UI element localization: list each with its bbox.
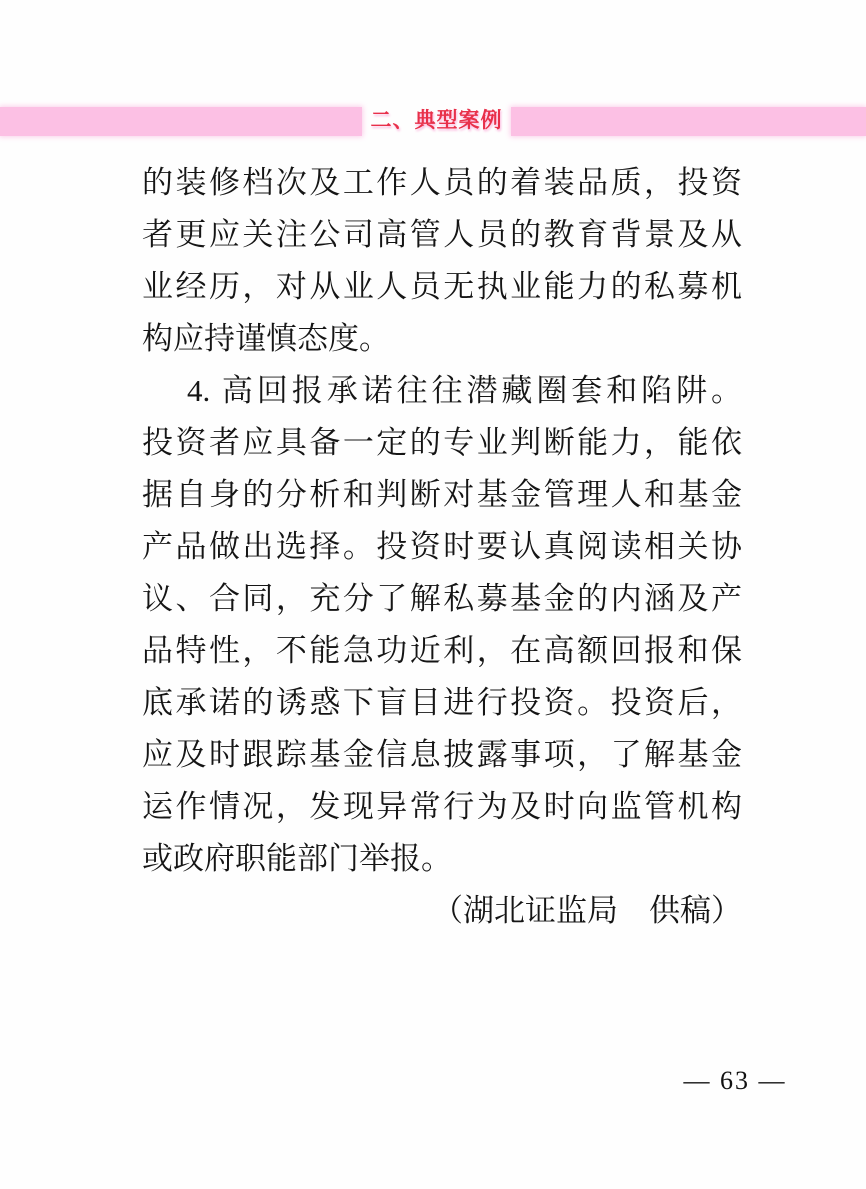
- attribution-line: （湖北证监局 供稿）: [142, 885, 742, 937]
- body-line: 投资者应具备一定的专业判断能力，能依: [142, 417, 742, 469]
- page-number: — 63 —: [645, 1066, 825, 1096]
- section-header-title: 二、典型案例: [362, 106, 511, 136]
- body-line: 产品做出选择。投资时要认真阅读相关协: [142, 521, 742, 573]
- body-line: 据自身的分析和判断对基金管理人和基金: [142, 469, 742, 521]
- body-line-paragraph-start: 4. 高回报承诺往往潜藏圈套和陷阱。: [142, 365, 742, 417]
- body-line: 或政府职能部门举报。: [142, 833, 742, 885]
- body-line: 者更应关注公司高管人员的教育背景及从: [142, 209, 742, 261]
- header-band-right: [511, 107, 866, 136]
- body-line: 议、合同，充分了解私募基金的内涵及产: [142, 573, 742, 625]
- body-text-block: 的装修档次及工作人员的着装品质，投资 者更应关注公司高管人员的教育背景及从 业经…: [142, 157, 742, 937]
- body-line: 业经历，对从业人员无执业能力的私募机: [142, 261, 742, 313]
- header-band-left: [0, 107, 362, 136]
- body-line: 应及时跟踪基金信息披露事项，了解基金: [142, 729, 742, 781]
- body-line: 底承诺的诱惑下盲目进行投资。投资后，: [142, 677, 742, 729]
- book-page: 二、典型案例 的装修档次及工作人员的着装品质，投资 者更应关注公司高管人员的教育…: [0, 0, 866, 1189]
- body-line: 运作情况，发现异常行为及时向监管机构: [142, 781, 742, 833]
- body-line: 的装修档次及工作人员的着装品质，投资: [142, 157, 742, 209]
- body-line: 品特性，不能急功近利，在高额回报和保: [142, 625, 742, 677]
- body-line: 构应持谨慎态度。: [142, 313, 742, 365]
